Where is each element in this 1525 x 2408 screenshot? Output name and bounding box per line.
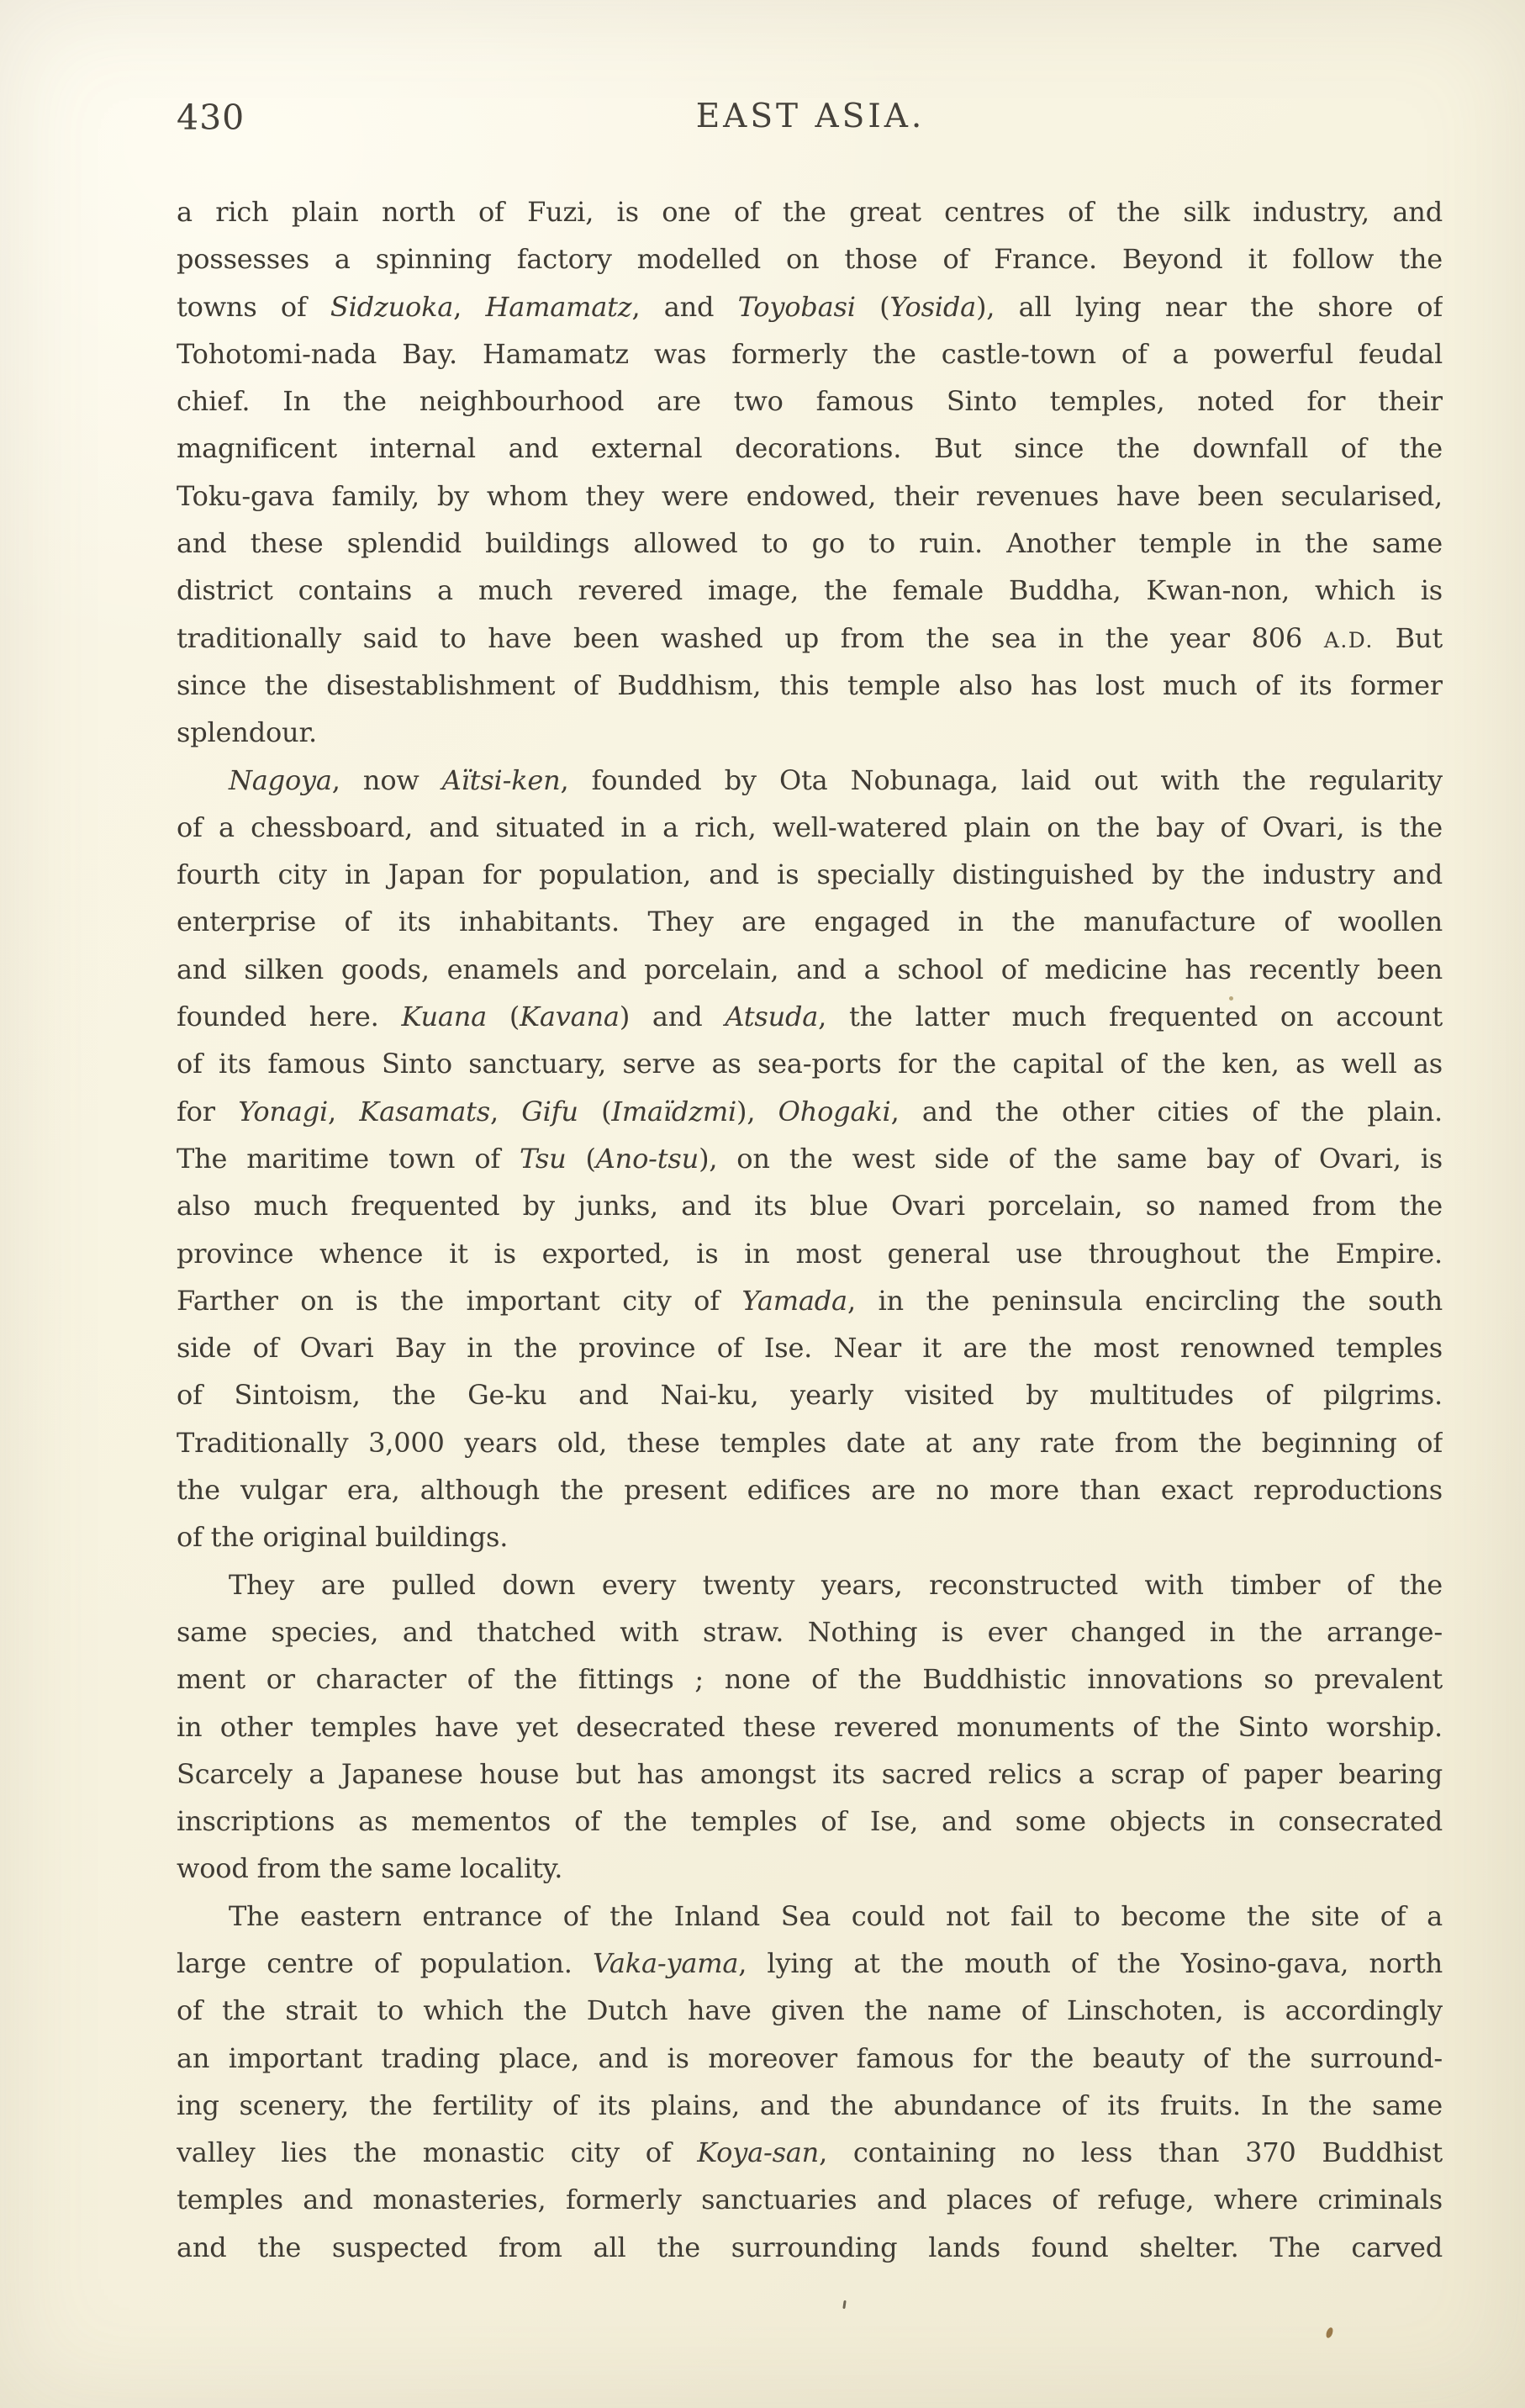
italic-text: Tsu — [520, 1143, 566, 1175]
italic-text: Kuana — [401, 1001, 487, 1032]
italic-text: Aïtsi-ken — [442, 764, 561, 796]
text-line: Toku-gava family, by whom they were endo… — [177, 473, 1443, 520]
body-text: also much frequented by junks, and its b… — [177, 1190, 1443, 1222]
text-line: The eastern entrance of the Inland Sea c… — [177, 1893, 1443, 1940]
body-text: temples and monasteries, formerly sanctu… — [177, 2184, 1443, 2215]
body-text: province whence it is exported, is in mo… — [177, 1238, 1443, 1270]
body-text: , and — [631, 291, 737, 323]
italic-text: Vaka-yama — [593, 1947, 738, 1979]
italic-text: Nagoya — [229, 764, 332, 796]
body-text: , now — [332, 764, 442, 796]
small-caps-text: A.D. — [1324, 628, 1374, 652]
text-line: of a chessboard, and situated in a rich,… — [177, 804, 1443, 851]
body-text: of Sintoism, the Ge-ku and Nai-ku, yearl… — [177, 1379, 1443, 1411]
body-text: of a chessboard, and situated in a rich,… — [177, 811, 1443, 843]
italic-text: Ano-tsu — [596, 1143, 699, 1175]
body-text: ) and — [620, 1001, 726, 1032]
text-line: the vulgar era, although the present edi… — [177, 1466, 1443, 1513]
body-text: , — [328, 1096, 359, 1127]
body-text: ), all lying near the shore of — [976, 291, 1443, 323]
body-text: ing scenery, the fertility of its plains… — [177, 2089, 1443, 2121]
italic-text: Hamamatz — [485, 291, 631, 323]
body-text: Toku-gava family, by whom they were endo… — [177, 480, 1443, 512]
book-page: 430 EAST ASIA. a rich plain north of Fuz… — [0, 0, 1525, 2408]
text-line: of the strait to which the Dutch have gi… — [177, 1987, 1443, 2034]
body-text: side of Ovari Bay in the province of Ise… — [177, 1332, 1443, 1364]
text-line: since the disestablishment of Buddhism, … — [177, 662, 1443, 709]
text-line: an important trading place, and is moreo… — [177, 2035, 1443, 2082]
text-line: enterprise of its inhabitants. They are … — [177, 898, 1443, 945]
body-text: same species, and thatched with straw. N… — [177, 1616, 1443, 1648]
body-text: inscriptions as mementos of the temples … — [177, 1805, 1443, 1837]
italic-text: Yamada — [741, 1285, 847, 1317]
body-text: Traditionally 3,000 years old, these tem… — [177, 1427, 1443, 1459]
text-line: magnificent internal and external decora… — [177, 425, 1443, 472]
body-text: , founded by Ota Nobunaga, laid out with… — [561, 764, 1443, 796]
body-text: Scarcely a Japanese house but has amongs… — [177, 1758, 1443, 1790]
text-line: and silken goods, enamels and porcelain,… — [177, 946, 1443, 993]
text-line: They are pulled down every twenty years,… — [177, 1561, 1443, 1608]
text-line: of Sintoism, the Ge-ku and Nai-ku, yearl… — [177, 1371, 1443, 1418]
text-line: district contains a much revered image, … — [177, 567, 1443, 614]
body-text: founded here. — [177, 1001, 401, 1032]
body-text: ( — [566, 1143, 595, 1175]
text-line: temples and monasteries, formerly sanctu… — [177, 2176, 1443, 2223]
italic-text: Yosida — [889, 291, 976, 323]
paper-speck — [1325, 2326, 1334, 2339]
text-line: in other temples have yet desecrated the… — [177, 1703, 1443, 1751]
text-line: The maritime town of Tsu (Ano-tsu), on t… — [177, 1135, 1443, 1182]
italic-text: Imaïdzmi — [611, 1096, 736, 1127]
text-line: Farther on is the important city of Yama… — [177, 1277, 1443, 1324]
text-line: also much frequented by junks, and its b… — [177, 1182, 1443, 1229]
body-text: , and the other cities of the plain. — [891, 1096, 1443, 1127]
text-line: wood from the same locality. — [177, 1845, 1443, 1892]
body-text: , in the peninsula encircling the south — [847, 1285, 1443, 1317]
text-line: a rich plain north of Fuzi, is one of th… — [177, 188, 1443, 235]
text-line: fourth city in Japan for population, and… — [177, 851, 1443, 898]
body-text: , — [453, 291, 485, 323]
text-line: Traditionally 3,000 years old, these tem… — [177, 1419, 1443, 1466]
body-text: chief. In the neighbourhood are two famo… — [177, 385, 1443, 417]
text-line: of the original buildings. — [177, 1513, 1443, 1560]
body-text: Farther on is the important city of — [177, 1285, 741, 1317]
body-text: a rich plain north of Fuzi, is one of th… — [177, 196, 1443, 228]
page-text: a rich plain north of Fuzi, is one of th… — [177, 188, 1443, 2271]
body-text: for — [177, 1096, 238, 1127]
page-number: 430 — [177, 98, 245, 138]
body-text: The eastern entrance of the Inland Sea c… — [229, 1900, 1443, 1932]
text-line: chief. In the neighbourhood are two famo… — [177, 378, 1443, 425]
text-line: of its famous Sinto sanctuary, serve as … — [177, 1040, 1443, 1087]
text-line: Scarcely a Japanese house but has amongs… — [177, 1751, 1443, 1798]
body-text: possesses a spinning factory modelled on… — [177, 243, 1443, 275]
italic-text: Kavana — [520, 1001, 620, 1032]
body-text: enterprise of its inhabitants. They are … — [177, 906, 1443, 937]
running-title: EAST ASIA. — [177, 98, 1444, 135]
text-line: towns of Sidzuoka, Hamamatz, and Toyobas… — [177, 283, 1443, 330]
text-line: ment or character of the fittings ; none… — [177, 1655, 1443, 1703]
body-text: Tohotomi-nada Bay. Hamamatz was formerly… — [177, 338, 1443, 370]
text-line: inscriptions as mementos of the temples … — [177, 1798, 1443, 1845]
body-text: The maritime town of — [177, 1143, 520, 1175]
italic-text: Toyobasi — [738, 291, 856, 323]
body-text: wood from the same locality. — [177, 1852, 562, 1884]
text-line: side of Ovari Bay in the province of Ise… — [177, 1324, 1443, 1371]
body-text: and these splendid buildings allowed to … — [177, 527, 1443, 559]
body-text: ( — [856, 291, 890, 323]
text-line: same species, and thatched with straw. N… — [177, 1608, 1443, 1655]
body-text: since the disestablishment of Buddhism, … — [177, 669, 1443, 701]
body-text: But — [1374, 622, 1443, 654]
body-text: ( — [487, 1001, 520, 1032]
text-line: ing scenery, the fertility of its plains… — [177, 2082, 1443, 2129]
body-text: , lying at the mouth of the Yosino-gava,… — [738, 1947, 1443, 1979]
body-text: ), — [736, 1096, 778, 1127]
body-text: splendour. — [177, 716, 317, 748]
text-line: valley lies the monastic city of Koya-sa… — [177, 2129, 1443, 2176]
body-text: ment or character of the fittings ; none… — [177, 1663, 1443, 1695]
italic-text: Ohogaki — [778, 1096, 891, 1127]
body-text: of its famous Sinto sanctuary, serve as … — [177, 1048, 1443, 1080]
body-text: , — [490, 1096, 521, 1127]
body-text: fourth city in Japan for population, and… — [177, 858, 1443, 890]
text-line: founded here. Kuana (Kavana) and Atsuda,… — [177, 993, 1443, 1040]
text-line: and the suspected from all the surroundi… — [177, 2224, 1443, 2271]
body-text: ), on the west side of the same bay of O… — [699, 1143, 1443, 1175]
paper-speck — [842, 2300, 846, 2309]
text-line: and these splendid buildings allowed to … — [177, 520, 1443, 567]
text-line: possesses a spinning factory modelled on… — [177, 235, 1443, 283]
text-line: Nagoya, now Aïtsi-ken, founded by Ota No… — [177, 757, 1443, 804]
body-text: , the latter much frequented on account — [818, 1001, 1443, 1032]
italic-text: Gifu — [521, 1096, 578, 1127]
body-text: traditionally said to have been washed u… — [177, 622, 1324, 654]
italic-text: Atsuda — [725, 1001, 818, 1032]
body-text: They are pulled down every twenty years,… — [229, 1569, 1443, 1601]
body-text: valley lies the monastic city of — [177, 2136, 697, 2168]
body-text: ( — [578, 1096, 612, 1127]
body-text: and the suspected from all the surroundi… — [177, 2231, 1443, 2263]
italic-text: Yonagi — [238, 1096, 328, 1127]
body-text: an important trading place, and is moreo… — [177, 2042, 1443, 2074]
text-line: splendour. — [177, 709, 1443, 756]
page-header: 430 EAST ASIA. — [177, 98, 1444, 140]
body-text: magnificent internal and external decora… — [177, 432, 1443, 464]
text-line: for Yonagi, Kasamats, Gifu (Imaïdzmi), O… — [177, 1088, 1443, 1135]
body-text: of the strait to which the Dutch have gi… — [177, 1994, 1443, 2026]
italic-text: Kasamats — [359, 1096, 490, 1127]
body-text: large centre of population. — [177, 1947, 593, 1979]
text-line: Tohotomi-nada Bay. Hamamatz was formerly… — [177, 330, 1443, 378]
text-line: traditionally said to have been washed u… — [177, 615, 1443, 662]
body-text: towns of — [177, 291, 330, 323]
italic-text: Sidzuoka — [330, 291, 453, 323]
body-text: and silken goods, enamels and porcelain,… — [177, 953, 1443, 985]
body-text: , containing no less than 370 Buddhist — [819, 2136, 1443, 2168]
body-text: the vulgar era, although the present edi… — [177, 1474, 1443, 1506]
body-text: district contains a much revered image, … — [177, 574, 1443, 606]
text-line: province whence it is exported, is in mo… — [177, 1230, 1443, 1277]
body-text: in other temples have yet desecrated the… — [177, 1711, 1443, 1743]
body-text: of the original buildings. — [177, 1521, 508, 1553]
paper-speck — [1229, 996, 1233, 1001]
italic-text: Koya-san — [697, 2136, 819, 2168]
text-line: large centre of population. Vaka-yama, l… — [177, 1940, 1443, 1987]
